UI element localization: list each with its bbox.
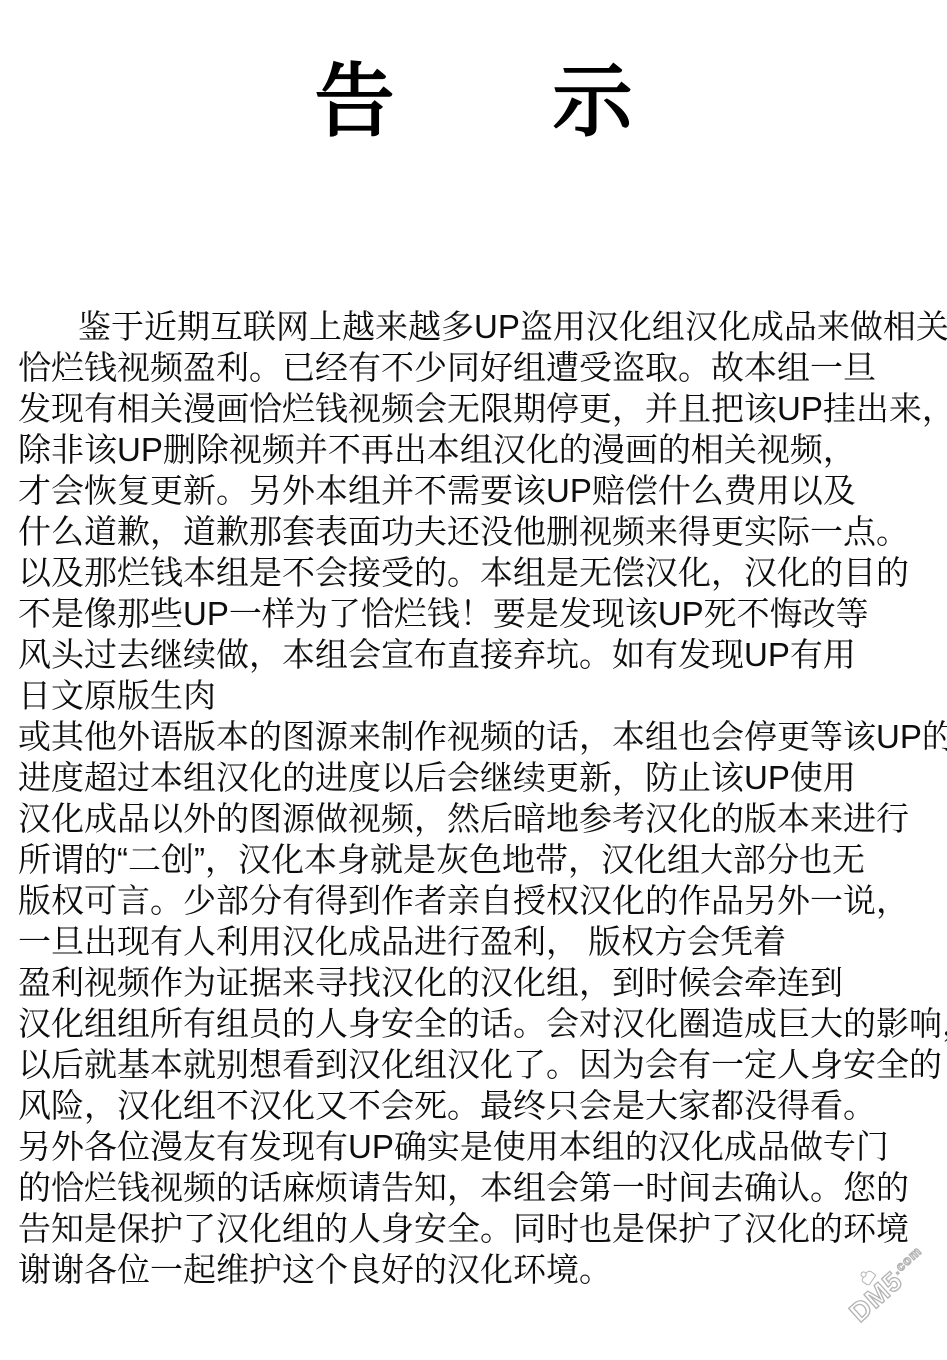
title-char-1: 告 — [315, 62, 395, 142]
notice-line: 所谓的“二创”，汉化本身就是灰色地带，汉化组大部分也无 — [18, 839, 942, 880]
notice-line: 风头过去继续做，本组会宣布直接弃坑。如有发现UP有用 — [18, 634, 942, 675]
notice-line: 发现有相关漫画恰烂钱视频会无限期停更，并且把该UP挂出来， — [18, 388, 942, 429]
notice-line: 的恰烂钱视频的话麻烦请告知，本组会第一时间去确认。您的 — [18, 1167, 942, 1208]
notice-line: 汉化成品以外的图源做视频，然后暗地参考汉化的版本来进行 — [18, 798, 942, 839]
notice-line: 或其他外语版本的图源来制作视频的话，本组也会停更等该UP的 — [18, 716, 942, 757]
title-char-2: 示 — [553, 62, 633, 142]
notice-line: 除非该UP删除视频并不再出本组汉化的漫画的相关视频， — [18, 429, 942, 470]
notice-line: 什么道歉，道歉那套表面功夫还没他删视频来得更实际一点。 — [18, 511, 942, 552]
notice-line: 盈利视频作为证据来寻找汉化的汉化组，到时候会牵连到 — [18, 962, 942, 1003]
notice-line: 日文原版生肉 — [18, 675, 942, 716]
notice-line: 告知是保护了汉化组的人身安全。同时也是保护了汉化的环境 — [18, 1208, 942, 1249]
notice-line: 恰烂钱视频盈利。已经有不少同好组遭受盗取。故本组一旦 — [18, 347, 942, 388]
notice-body: 鉴于近期互联网上越来越多UP盗用汉化组汉化成品来做相关 恰烂钱视频盈利。已经有不… — [18, 306, 942, 1290]
notice-line: 以及那烂钱本组是不会接受的。本组是无偿汉化，汉化的目的 — [18, 552, 942, 593]
notice-line: 版权可言。少部分有得到作者亲自授权汉化的作品另外一说， — [18, 880, 942, 921]
notice-line: 汉化组组所有组员的人身安全的话。会对汉化圈造成巨大的影响， — [18, 1003, 942, 1044]
notice-line: 风险，汉化组不汉化又不会死。最终只会是大家都没得看。 — [18, 1085, 942, 1126]
page-title: 告 示 — [0, 0, 947, 142]
notice-line: 不是像那些UP一样为了恰烂钱！要是发现该UP死不悔改等 — [18, 593, 942, 634]
notice-line: 另外各位漫友有发现有UP确实是使用本组的汉化成品做专门 — [18, 1126, 942, 1167]
notice-line: 进度超过本组汉化的进度以后会继续更新，防止该UP使用 — [18, 757, 942, 798]
notice-line: 一旦出现有人利用汉化成品进行盈利， 版权方会凭着 — [18, 921, 942, 962]
notice-line: 才会恢复更新。另外本组并不需要该UP赔偿什么费用以及 — [18, 470, 942, 511]
notice-line: 鉴于近期互联网上越来越多UP盗用汉化组汉化成品来做相关 — [18, 306, 942, 347]
notice-line: 谢谢各位一起维护这个良好的汉化环境。 — [18, 1249, 942, 1290]
notice-page: 告 示 鉴于近期互联网上越来越多UP盗用汉化组汉化成品来做相关 恰烂钱视频盈利。… — [0, 0, 947, 1360]
notice-line: 以后就基本就别想看到汉化组汉化了。因为会有一定人身安全的 — [18, 1044, 942, 1085]
